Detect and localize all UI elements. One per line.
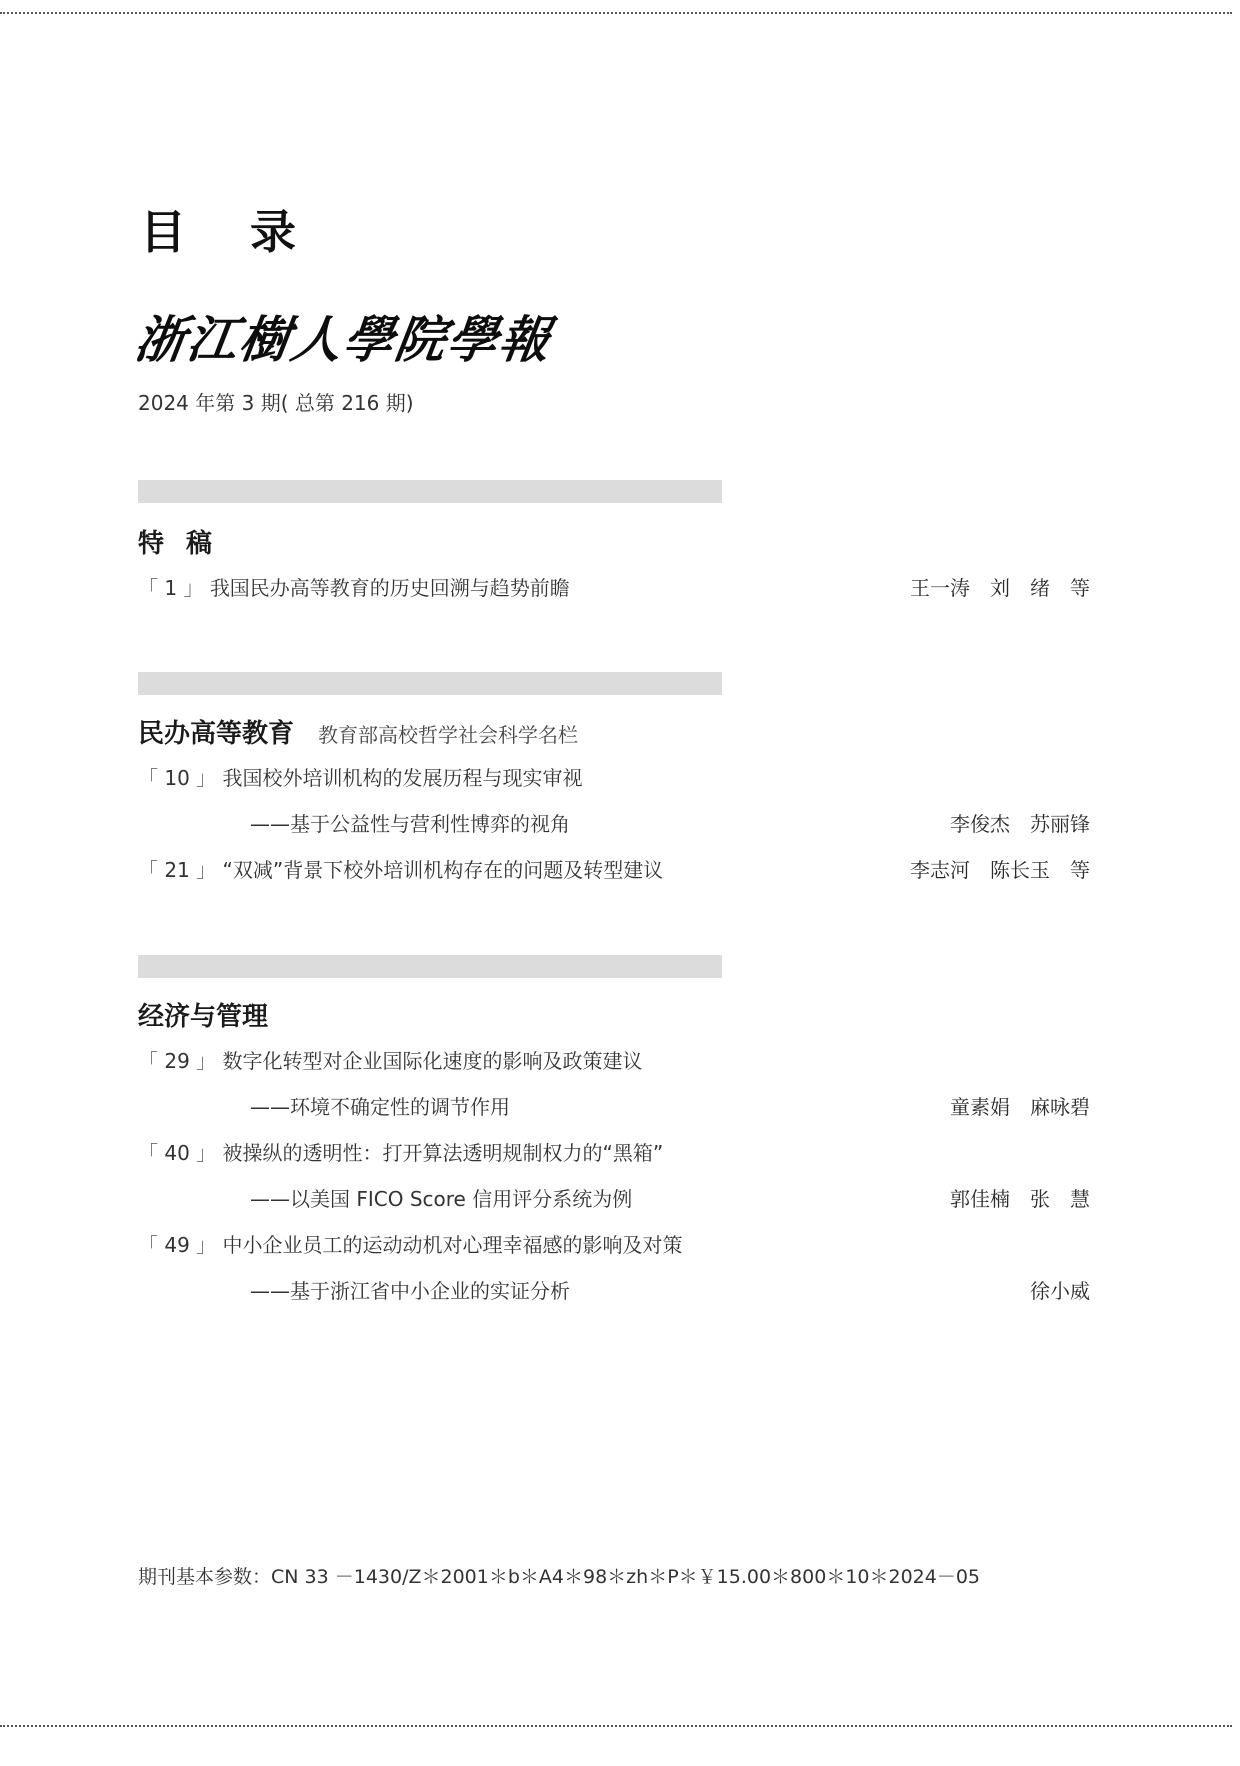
article-title: 我国民办高等教育的历史回溯与趋势前瞻 xyxy=(210,576,570,600)
article-authors: 王一涛 刘 绪 等 xyxy=(910,574,1090,602)
top-dashed-border xyxy=(0,12,1232,14)
article-authors: 李俊杰 苏丽锋 xyxy=(950,810,1090,838)
toc-entry-subtitle[interactable]: ——基于浙江省中小企业的实证分析 徐小威 xyxy=(138,1277,1090,1323)
article-authors: 郭佳楠 张 慧 xyxy=(950,1185,1090,1213)
section-divider-bar xyxy=(138,480,722,503)
article-authors: 李志河 陈长玉 等 xyxy=(910,856,1090,884)
toc-entry[interactable]: 「 10 」 我国校外培训机构的发展历程与现实审视 xyxy=(138,764,1090,810)
article-title: “双减”背景下校外培训机构存在的问题及转型建议 xyxy=(223,858,664,882)
section-title: 民办高等教育 xyxy=(138,713,294,750)
toc-entry[interactable]: 「 29 」 数字化转型对企业国际化速度的影响及政策建议 xyxy=(138,1047,1090,1093)
bottom-dashed-border xyxy=(0,1725,1232,1727)
article-subtitle: ——基于浙江省中小企业的实证分析 xyxy=(250,1277,570,1305)
section-special-feature: 特稿 「 1 」 我国民办高等教育的历史回溯与趋势前瞻 王一涛 刘 绪 等 xyxy=(138,480,1090,620)
toc-entry-subtitle[interactable]: ——环境不确定性的调节作用 童素娟 麻咏碧 xyxy=(138,1093,1090,1139)
toc-entry[interactable]: 「 49 」 中小企业员工的运动动机对心理幸福感的影响及对策 xyxy=(138,1231,1090,1277)
page-number: 40 xyxy=(164,1139,189,1167)
toc-entry-subtitle[interactable]: ——以美国 FICO Score 信用评分系统为例 郭佳楠 张 慧 xyxy=(138,1185,1090,1231)
toc-heading-char-2: 录 xyxy=(250,196,296,262)
section-private-higher-education: 民办高等教育 教育部高校哲学社会科学名栏 「 10 」 我国校外培训机构的发展历… xyxy=(138,672,1090,902)
journal-parameters: 期刊基本参数：CN 33 －1430/Z＊2001＊b＊A4＊98＊zh＊P＊￥… xyxy=(138,1562,980,1589)
section-title: 经济与管理 xyxy=(138,996,268,1033)
article-authors: 徐小威 xyxy=(1030,1277,1090,1305)
page-number: 29 xyxy=(164,1047,189,1075)
page-number: 10 xyxy=(164,764,189,792)
section-title: 特稿 xyxy=(138,523,234,560)
article-subtitle: ——基于公益性与营利性博弈的视角 xyxy=(250,810,570,838)
article-title: 被操纵的透明性：打开算法透明规制权力的“黑箱” xyxy=(223,1141,664,1165)
section-divider-bar xyxy=(138,955,722,978)
article-title: 中小企业员工的运动动机对心理幸福感的影响及对策 xyxy=(223,1233,683,1257)
article-subtitle: ——以美国 FICO Score 信用评分系统为例 xyxy=(250,1185,632,1213)
toc-entry-subtitle[interactable]: ——基于公益性与营利性博弈的视角 李俊杰 苏丽锋 xyxy=(138,810,1090,856)
article-title: 我国校外培训机构的发展历程与现实审视 xyxy=(223,766,583,790)
section-divider-bar xyxy=(138,672,722,695)
toc-entry[interactable]: 「 1 」 我国民办高等教育的历史回溯与趋势前瞻 王一涛 刘 绪 等 xyxy=(138,574,1090,620)
issue-number: 2024 年第 3 期( 总第 216 期) xyxy=(138,387,414,416)
journal-calligraphy-logo: 浙江樹人學院學報 xyxy=(131,300,557,372)
toc-heading: 目录 xyxy=(140,196,296,262)
page-number: 1 xyxy=(164,574,177,602)
article-title: 数字化转型对企业国际化速度的影响及政策建议 xyxy=(223,1049,643,1073)
page-number: 21 xyxy=(164,856,189,884)
toc-entry[interactable]: 「 40 」 被操纵的透明性：打开算法透明规制权力的“黑箱” xyxy=(138,1139,1090,1185)
section-column-name: 教育部高校哲学社会科学名栏 xyxy=(318,719,578,748)
toc-entry[interactable]: 「 21 」 “双减”背景下校外培训机构存在的问题及转型建议 李志河 陈长玉 等 xyxy=(138,856,1090,902)
article-subtitle: ——环境不确定性的调节作用 xyxy=(250,1093,510,1121)
toc-heading-char-1: 目 xyxy=(140,196,186,262)
section-economics-management: 经济与管理 「 29 」 数字化转型对企业国际化速度的影响及政策建议 ——环境不… xyxy=(138,955,1090,1323)
page-number: 49 xyxy=(164,1231,189,1259)
article-authors: 童素娟 麻咏碧 xyxy=(950,1093,1090,1121)
